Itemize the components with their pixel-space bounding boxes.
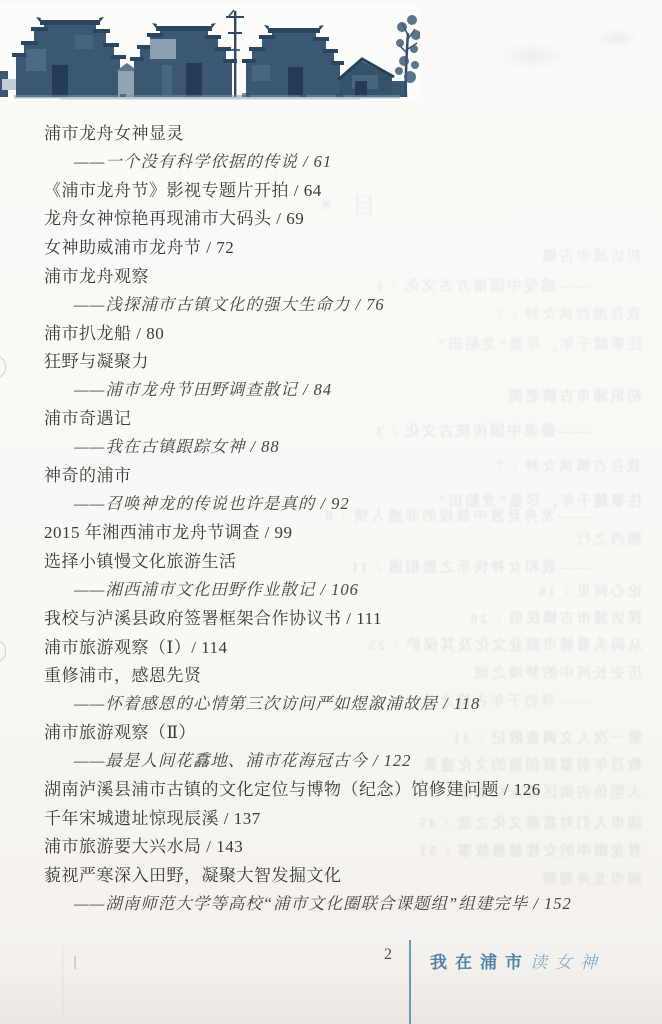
toc-entry: 重修浦市，感恩先贤 (44, 659, 644, 688)
book-title-secondary: 读女神 (530, 953, 605, 972)
binding-mark (0, 356, 6, 378)
toc-list: 浦市龙舟女神显灵——一个没有科学依据的传说 / 61《浦市龙舟节》影视专题片开拍… (44, 117, 644, 916)
toc-entry: 《浦市龙舟节》影视专题片开拍 / 64 (44, 174, 644, 203)
toc-entry: 浦市旅游观察（Ⅱ） (44, 716, 644, 745)
toc-entry: 女神助威浦市龙舟节 / 72 (44, 231, 644, 260)
toc-entry: 2015 年湘西浦市龙舟节调查 / 99 (44, 517, 644, 546)
binding-mark (0, 640, 6, 662)
toc-entry-subtitle: ——怀着感恩的心情第三次访问严如煜溆浦故居 / 118 (44, 688, 644, 717)
book-page: ✳ 目 初访浦市古镇——感受中国南方古文化 / 1我在湘西读女神 / 7往事越千… (0, 0, 662, 1024)
toc-entry: 浦市龙舟观察 (44, 260, 644, 289)
toc-entry: 选择小镇慢文化旅游生活 (44, 545, 644, 574)
toc-entry-subtitle: ——浅探浦市古镇文化的强大生命力 / 76 (44, 288, 644, 317)
toc-entry-subtitle: ——一个没有科学依据的传说 / 61 (44, 146, 644, 175)
toc-entry: 神奇的浦市 (44, 460, 644, 489)
toc-entry: 浦市奇遇记 (44, 402, 644, 431)
toc-entry-subtitle: ——召唤神龙的传说也许是真的 / 92 (44, 488, 644, 517)
toc-entry: 藐视严寒深入田野，凝聚大智发掘文化 (44, 859, 644, 888)
book-title-footer: 我在浦市读女神 (430, 948, 605, 973)
paper-smudge (595, 28, 639, 48)
bleedthrough-footer-rule (62, 945, 64, 1015)
bleedthrough-footer-tick (74, 956, 76, 969)
toc-entry-subtitle: ——湘西浦市文化田野作业散记 / 106 (44, 574, 644, 603)
old-town-photo-illustration (0, 5, 420, 105)
old-town-photo (0, 5, 420, 105)
toc-entry-subtitle: ——我在古镇跟踪女神 / 88 (44, 431, 644, 460)
toc-entry: 千年宋城遗址惊现辰溪 / 137 (44, 802, 644, 831)
footer-divider-rule (409, 940, 411, 1024)
toc-entry: 湖南泸溪县浦市古镇的文化定位与博物（纪念）馆修建问题 / 126 (44, 774, 644, 803)
toc-entry-subtitle: ——浦市龙舟节田野调查散记 / 84 (44, 374, 644, 403)
toc-entry-subtitle: ——湖南师范大学等高校“浦市文化圈联合课题组”组建完毕 / 152 (44, 888, 644, 917)
toc-entry-subtitle: ——最是人间花馫地、浦市花海冠古今 / 122 (44, 745, 644, 774)
toc-entry: 浦市旅游要大兴水局 / 143 (44, 831, 644, 860)
toc-entry: 浦市龙舟女神显灵 (44, 117, 644, 146)
paper-smudge (495, 42, 571, 70)
toc-entry: 狂野与凝聚力 (44, 345, 644, 374)
toc-entry: 浦市扒龙船 / 80 (44, 317, 644, 346)
toc-entry: 龙舟女神惊艳再现浦市大码头 / 69 (44, 203, 644, 232)
book-title-primary: 我在浦市 (430, 953, 530, 972)
page-number: 2 (384, 946, 393, 964)
toc-entry: 浦市旅游观察（Ⅰ）/ 114 (44, 631, 644, 660)
toc-entry: 我校与泸溪县政府签署框架合作协议书 / 111 (44, 602, 644, 631)
